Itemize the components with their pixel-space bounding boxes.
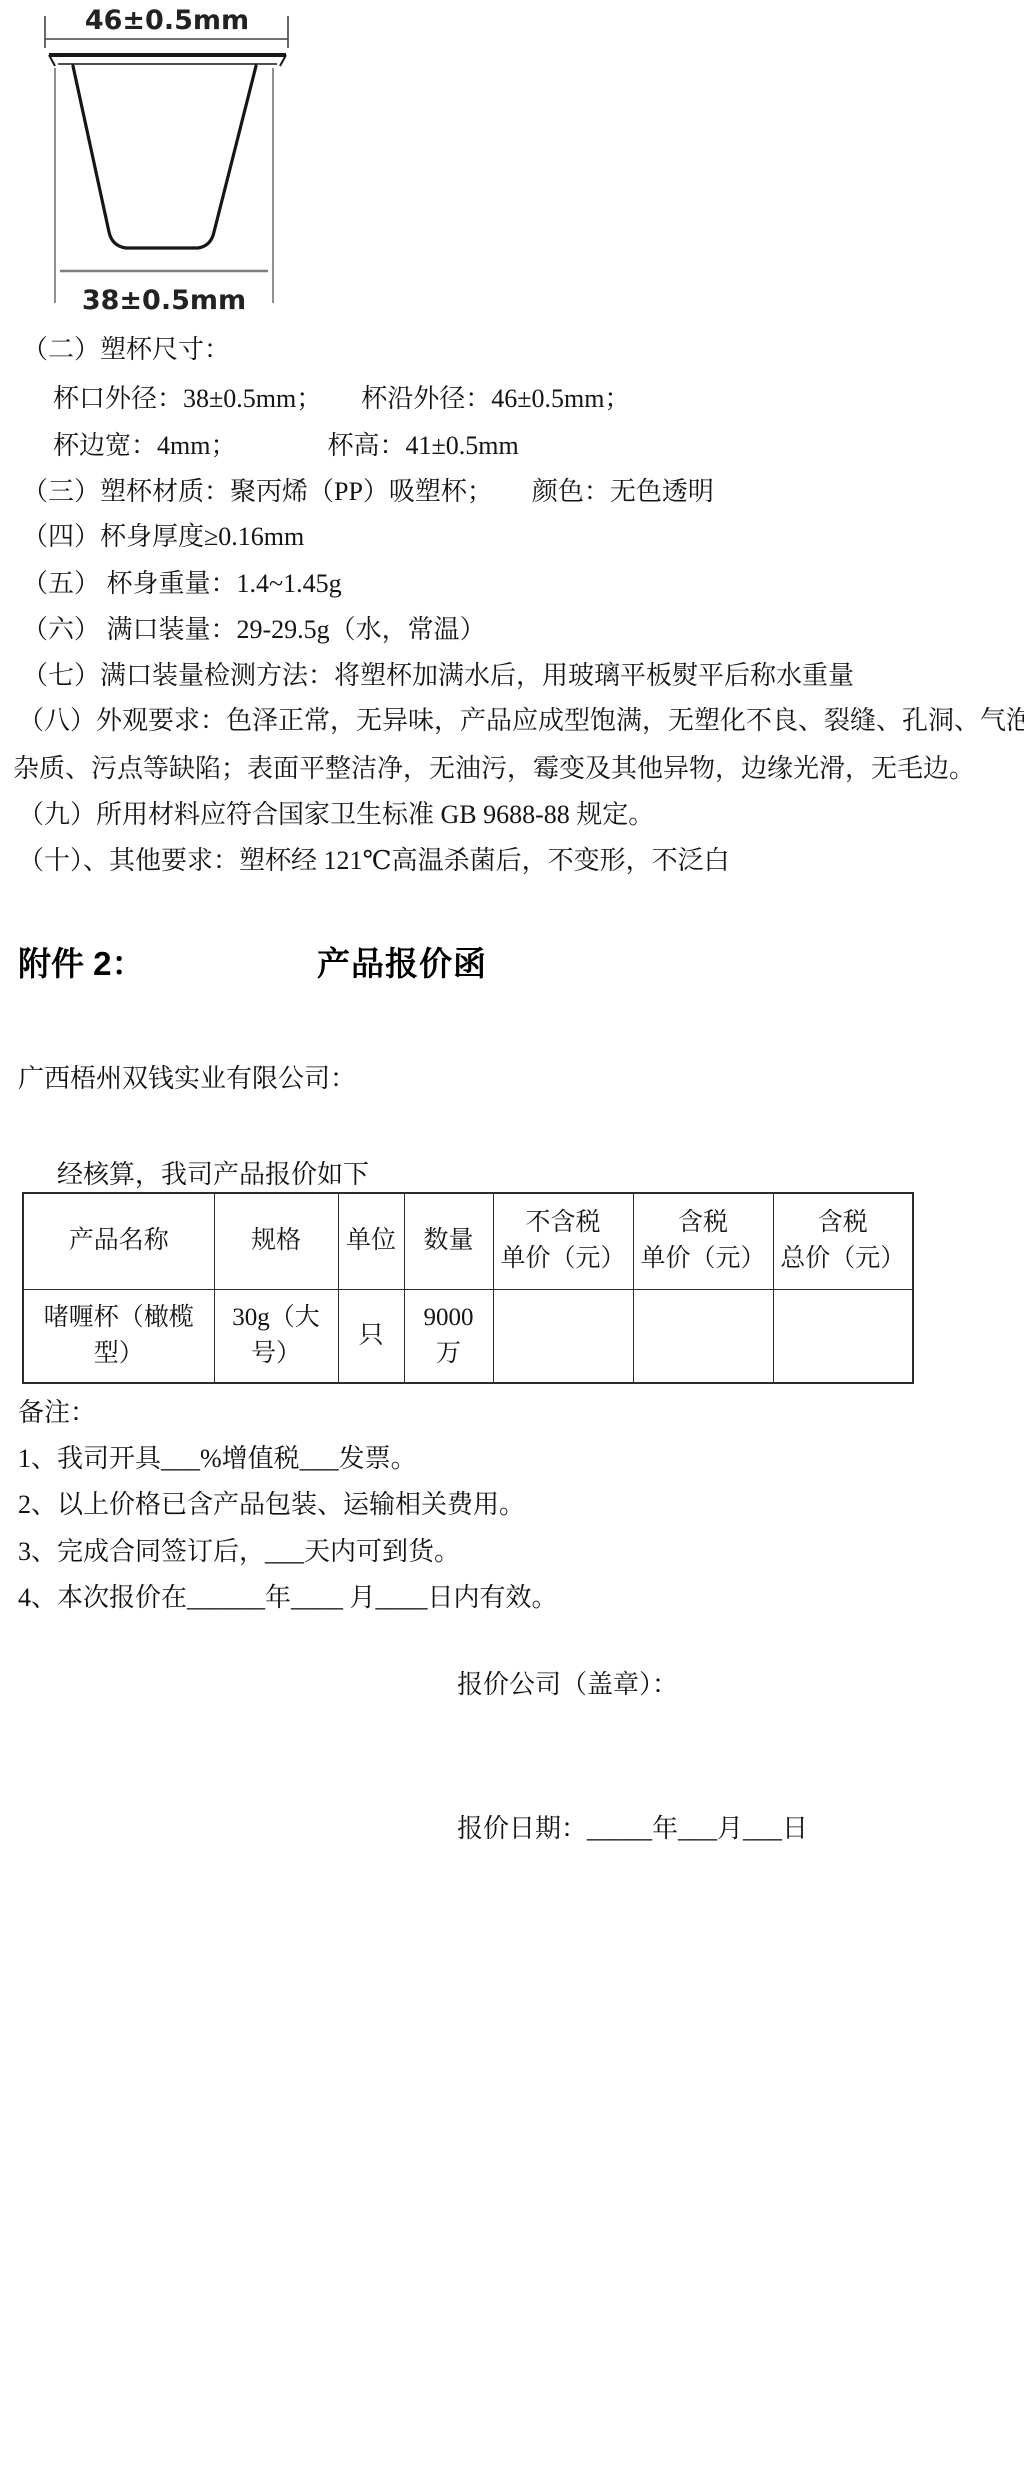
cell-total-with-tax: [773, 1289, 913, 1383]
stamp-line: 报价公司（盖章）：: [457, 1664, 678, 1701]
cup-body-outline: [73, 66, 256, 248]
spec-line-thickness: （四）杯身厚度≥0.16mm: [22, 521, 304, 552]
spec-line-edge-height: 杯边宽：4mm； 杯高：41±0.5mm: [53, 430, 519, 461]
dim-bottom-label: 38±0.5mm: [82, 285, 246, 314]
extension-lines: [55, 68, 273, 303]
date-line: 报价日期：_____年___月___日: [457, 1808, 808, 1845]
note-invoice: 1、我司开具___%增值税___发票。: [18, 1438, 417, 1475]
spec-line-capacity-test: （七）满口装量检测方法：将塑杯加满水后，用玻璃平板熨平后称水重量: [22, 660, 854, 691]
header-product-name: 产品名称: [23, 1193, 214, 1289]
spec-line-full-capacity: （六） 满口装量：29-29.5g（水，常温）: [22, 614, 486, 645]
table-row: 啫喱杯（橄榄型） 30g（大号） 只 9000 万: [23, 1289, 913, 1383]
document-page: 46±0.5mm 38±0.5mm （二）塑杯尺寸： 杯口外径：38±0.5mm…: [0, 0, 1024, 2472]
quote-table: 产品名称 规格 单位 数量 不含税 单价（元） 含税 单价（元） 含税 总价（元…: [22, 1192, 914, 1384]
spec-line-cup-size-heading: （二）塑杯尺寸：: [22, 334, 230, 365]
spec-line-mouth-rim-diameter: 杯口外径：38±0.5mm； 杯沿外径：46±0.5mm；: [53, 383, 630, 414]
cell-product-name: 啫喱杯（橄榄型）: [23, 1289, 214, 1383]
header-price-with-tax: 含税 单价（元）: [633, 1193, 773, 1289]
header-quantity: 数量: [404, 1193, 493, 1289]
spec-line-other-requirements: （十）、其他要求：塑杯经 121℃高温杀菌后，不变形，不泛白: [18, 845, 730, 876]
note-delivery: 3、完成合同签订后，___天内可到货。: [18, 1531, 460, 1568]
spec-line-appearance-2: 杂质、污点等缺陷；表面平整洁净，无油污，霉变及其他异物，边缘光滑，无毛边。: [13, 753, 975, 784]
cell-quantity: 9000 万: [404, 1289, 493, 1383]
notes-label: 备注：: [18, 1392, 96, 1429]
cup-rim: [49, 55, 286, 66]
dim-top-label: 46±0.5mm: [85, 5, 249, 36]
attachment-label: 附件 2：: [18, 938, 145, 985]
cup-diagram: 46±0.5mm 38±0.5mm: [40, 2, 295, 314]
cell-spec: 30g（大号）: [214, 1289, 338, 1383]
spec-line-weight: （五） 杯身重量：1.4~1.45g: [22, 568, 342, 599]
note-price-includes: 2、以上价格已含产品包装、运输相关费用。: [18, 1484, 525, 1521]
header-spec: 规格: [214, 1193, 338, 1289]
header-unit: 单位: [338, 1193, 404, 1289]
salutation: 广西梧州双钱实业有限公司：: [18, 1058, 356, 1095]
note-validity: 4、本次报价在______年____ 月____日内有效。: [18, 1577, 558, 1614]
cell-unit: 只: [338, 1289, 404, 1383]
spec-line-material: （三）塑杯材质：聚丙烯（PP）吸塑杯； 颜色：无色透明: [22, 476, 714, 507]
header-total-with-tax: 含税 总价（元）: [773, 1193, 913, 1289]
cell-price-no-tax: [493, 1289, 633, 1383]
spec-line-appearance-1: （八）外观要求：色泽正常，无异味，产品应成型饱满，无塑化不良、裂缝、孔洞、气泡、: [18, 705, 1024, 736]
table-header-row: 产品名称 规格 单位 数量 不含税 单价（元） 含税 单价（元） 含税 总价（元…: [23, 1193, 913, 1289]
header-price-no-tax: 不含税 单价（元）: [493, 1193, 633, 1289]
spec-line-hygiene-standard: （九）所用材料应符合国家卫生标准 GB 9688-88 规定。: [18, 799, 654, 830]
page-title: 产品报价函: [317, 938, 487, 985]
quote-intro: 经核算，我司产品报价如下: [57, 1154, 369, 1191]
cell-price-with-tax: [633, 1289, 773, 1383]
